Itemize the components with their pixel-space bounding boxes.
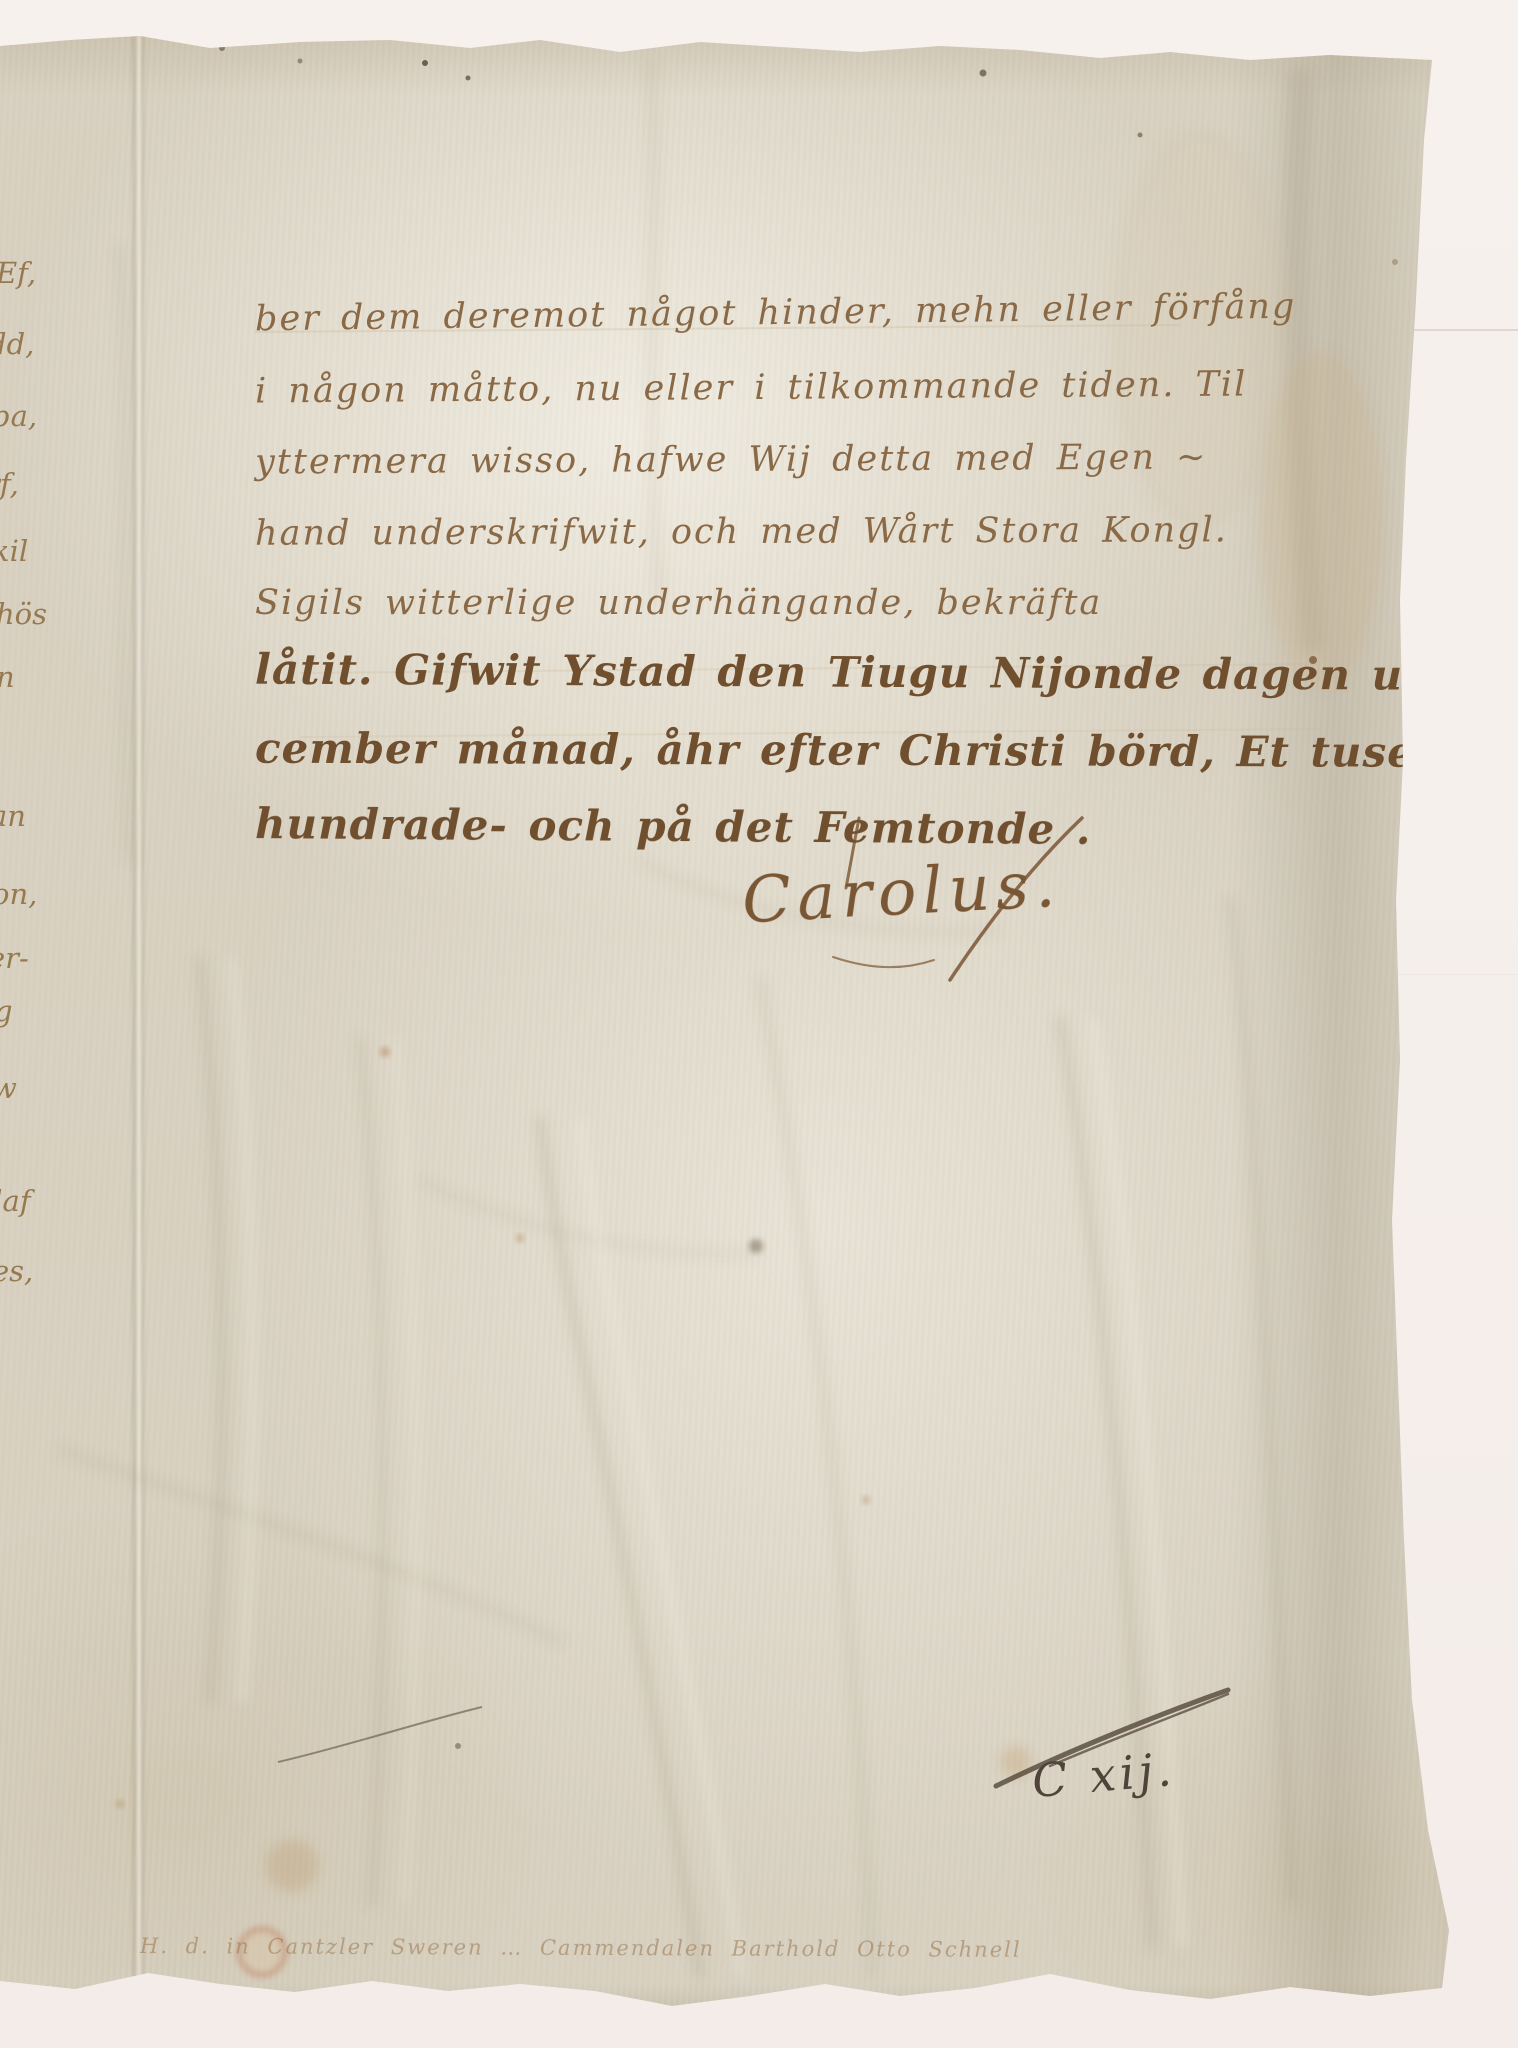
margin-fragment: n xyxy=(0,660,15,694)
margin-fragment: es, xyxy=(0,1254,33,1288)
margin-fragment: ba, xyxy=(0,399,37,433)
manuscript-line-3: yttermera wisso, hafwe Wij detta med Ege… xyxy=(255,438,1208,483)
margin-fragment: g xyxy=(0,994,13,1028)
faded-bottom-annotation: H. d. in Cantzler Sweren … Cammendalen B… xyxy=(140,1934,1060,1962)
margin-fragment: rf, xyxy=(0,467,19,501)
parchment-page: ber dem deremot något hinder, mehn eller… xyxy=(0,0,1518,2048)
margin-fragment: an xyxy=(0,799,26,833)
margin-fragment: er- xyxy=(0,941,29,975)
margin-fragment: Ef, xyxy=(0,256,36,290)
wrinkle-shadows xyxy=(60,62,1312,1975)
margin-fragment: kil xyxy=(0,534,28,568)
margin-fragment: dd, xyxy=(0,327,34,361)
manuscript-line-7: cember månad, åhr efter Christi börd, Et… xyxy=(255,724,1518,778)
king-monogram-mark: C xij. xyxy=(1030,1742,1178,1808)
manuscript-line-1: ber dem deremot något hinder, mehn eller… xyxy=(255,287,1297,340)
background-seam-line xyxy=(1400,329,1518,331)
vertical-fold-crease xyxy=(130,0,146,2048)
manuscript-line-6: låtit. Gifwit Ystad den Tiugu Nijonde da… xyxy=(255,645,1518,701)
margin-fragment: hös xyxy=(0,597,47,631)
manuscript-line-4: hand underskrifwit, och med Wårt Stora K… xyxy=(255,510,1228,553)
royal-signature: Carolus. xyxy=(740,848,1063,939)
wrinkle-highlights xyxy=(232,962,1182,1975)
margin-fragment: llaf xyxy=(0,1184,31,1218)
manuscript-line-2: i någon måtto, nu eller i tilkommande ti… xyxy=(255,365,1248,412)
margin-fragment: on, xyxy=(0,877,37,911)
manuscript-line-8: hundrade- och på det Femtonde . xyxy=(255,799,1092,854)
scratch-mark xyxy=(278,1707,482,1762)
margin-fragment: w xyxy=(0,1071,17,1105)
manuscript-line-5: Sigils witterlige underhängande, bekräft… xyxy=(255,583,1102,623)
